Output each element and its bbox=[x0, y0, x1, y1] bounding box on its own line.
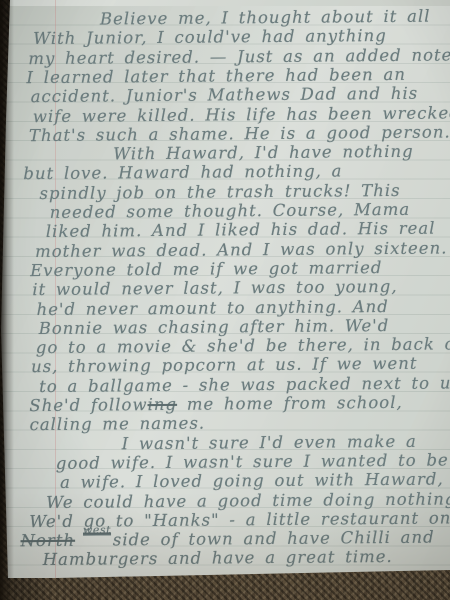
handwritten-line: mother was dead. And I was only sixteen. bbox=[35, 238, 448, 261]
handwritten-text: calling me names. bbox=[29, 414, 205, 435]
strikethrough-text: Northwest bbox=[20, 531, 103, 551]
handwritten-text: I wasn't sure I'd even make a bbox=[122, 431, 417, 453]
handwritten-line: I wasn't sure I'd even make a bbox=[122, 431, 417, 453]
handwritten-text: but love. Haward had nothing, a bbox=[23, 162, 342, 184]
letter-body: Believe me, I thought about it allWith J… bbox=[0, 0, 450, 578]
handwritten-line: calling me names. bbox=[29, 414, 205, 435]
handwritten-text: With Haward, I'd have nothing bbox=[113, 142, 414, 164]
handwritten-line: Hamburgers and have a great time. bbox=[43, 547, 393, 569]
handwritten-line: but love. Haward had nothing, a bbox=[23, 162, 342, 184]
handwritten-text: mother was dead. And I was only sixteen. bbox=[35, 238, 448, 261]
letter-photo: Believe me, I thought about it allWith J… bbox=[0, 0, 450, 600]
strikethrough-text: ing bbox=[147, 395, 177, 414]
handwritten-line: With Haward, I'd have nothing bbox=[113, 142, 414, 164]
handwritten-line: She'd following me home from school, bbox=[29, 393, 402, 415]
handwritten-text: me home from school, bbox=[177, 393, 403, 414]
handwritten-text: She'd follow bbox=[29, 395, 147, 415]
handwritten-text: Hamburgers and have a great time. bbox=[43, 547, 393, 569]
paper-sheet: Believe me, I thought about it allWith J… bbox=[0, 0, 450, 578]
